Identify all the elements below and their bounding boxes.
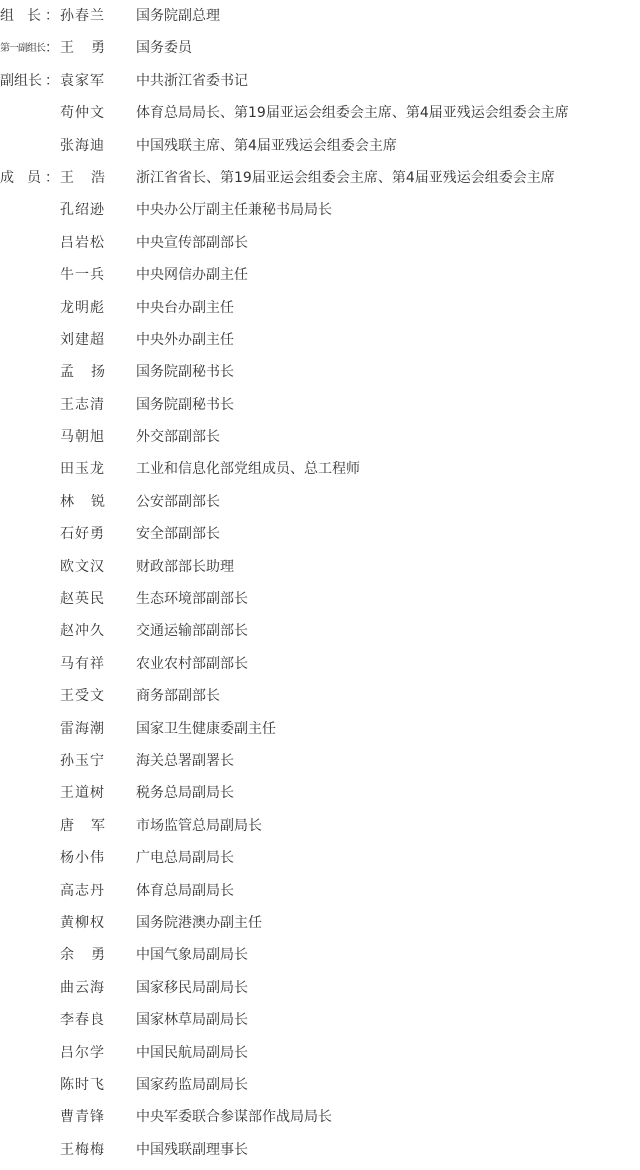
role-colon: ：	[45, 37, 59, 59]
member-title: 国务委员	[136, 37, 192, 59]
roster-row: 余勇中国气象局副局长	[0, 944, 640, 976]
roster-row: 王梅梅中国残联副理事长	[0, 1139, 640, 1170]
roster-row: 马有祥农业农村部副部长	[0, 653, 640, 685]
member-name: 王道树	[60, 782, 120, 804]
roster-row: 龙明彪中央台办副主任	[0, 297, 640, 329]
roster-row: 组长 ： 孙春兰 国务院副总理	[0, 5, 640, 37]
roster-row: 王志清国务院副秘书长	[0, 394, 640, 426]
member-name: 孔绍逊	[60, 199, 120, 221]
member-title: 体育总局副局长	[136, 880, 234, 902]
roster-row: 王受文商务部副部长	[0, 685, 640, 717]
member-name: 田玉龙	[60, 458, 120, 480]
member-title: 海关总署副署长	[136, 750, 234, 772]
member-title: 中央台办副主任	[136, 297, 234, 319]
role-colon: ：	[45, 70, 59, 92]
member-title: 广电总局副局长	[136, 847, 234, 869]
roster-row: 黄柳权国务院港澳办副主任	[0, 912, 640, 944]
member-name: 牛一兵	[60, 264, 120, 286]
member-name: 李春良	[60, 1009, 120, 1031]
member-name: 吕岩松	[60, 232, 120, 254]
roster-row: 吕尔学中国民航局副局长	[0, 1042, 640, 1074]
member-name: 唐军	[60, 815, 120, 837]
roster-row: 杨小伟广电总局副局长	[0, 847, 640, 879]
roster-row: 雷海潮国家卫生健康委副主任	[0, 718, 640, 750]
member-title: 中央外办副主任	[136, 329, 234, 351]
member-name: 林锐	[60, 491, 120, 513]
member-title: 中国民航局副局长	[136, 1042, 248, 1064]
member-name: 王浩	[60, 167, 120, 189]
member-name: 曹青锋	[60, 1106, 120, 1128]
member-title: 中国气象局副局长	[136, 944, 248, 966]
roster-row: 成员 ： 王浩 浙江省省长、第19届亚运会组委会主席、第4届亚残运会组委会主席	[0, 167, 640, 199]
member-title: 国务院副总理	[136, 5, 220, 27]
member-roster: 组长 ： 孙春兰 国务院副总理 第一副组长 ： 王勇 国务委员 副组长 ： 袁家…	[0, 0, 640, 1170]
member-title: 工业和信息化部党组成员、总工程师	[136, 458, 360, 480]
member-title: 农业农村部副部长	[136, 653, 248, 675]
member-name: 袁家军	[60, 70, 120, 92]
roster-row: 石好勇安全部副部长	[0, 523, 640, 555]
member-name: 孙玉宁	[60, 750, 120, 772]
role-colon: ：	[45, 5, 59, 27]
member-name: 孙春兰	[60, 5, 120, 27]
member-title: 中央办公厅副主任兼秘书局局长	[136, 199, 332, 221]
roster-row: 欧文汉财政部部长助理	[0, 556, 640, 588]
member-title: 中国残联主席、第4届亚残运会组委会主席	[136, 135, 397, 157]
member-name: 马朝旭	[60, 426, 120, 448]
member-name: 余勇	[60, 944, 120, 966]
roster-row: 刘建超中央外办副主任	[0, 329, 640, 361]
member-name: 刘建超	[60, 329, 120, 351]
roster-row: 副组长 ： 袁家军 中共浙江省委书记	[0, 70, 640, 102]
roster-row: 高志丹体育总局副局长	[0, 880, 640, 912]
member-name: 陈时飞	[60, 1074, 120, 1096]
roster-row: 孙玉宁海关总署副署长	[0, 750, 640, 782]
member-title: 国家卫生健康委副主任	[136, 718, 276, 740]
member-name: 欧文汉	[60, 556, 120, 578]
member-title: 中国残联副理事长	[136, 1139, 248, 1161]
member-name: 王受文	[60, 685, 120, 707]
member-name: 高志丹	[60, 880, 120, 902]
member-name: 王勇	[60, 37, 120, 59]
member-title: 中共浙江省委书记	[136, 70, 248, 92]
member-title: 体育总局局长、第19届亚运会组委会主席、第4届亚残运会组委会主席	[136, 102, 569, 124]
roster-row: 赵英民生态环境部副部长	[0, 588, 640, 620]
roster-row: 曲云海国家移民局副局长	[0, 977, 640, 1009]
roster-row: 孔绍逊中央办公厅副主任兼秘书局局长	[0, 199, 640, 231]
member-title: 财政部部长助理	[136, 556, 234, 578]
roster-row: 张海迪 中国残联主席、第4届亚残运会组委会主席	[0, 135, 640, 167]
roster-row: 林锐公安部副部长	[0, 491, 640, 523]
member-name: 石好勇	[60, 523, 120, 545]
role-colon: ：	[45, 167, 59, 189]
member-title: 交通运输部副部长	[136, 620, 248, 642]
member-name: 张海迪	[60, 135, 120, 157]
member-title: 国务院副秘书长	[136, 394, 234, 416]
member-title: 商务部副部长	[136, 685, 220, 707]
roster-row: 陈时飞国家药监局副局长	[0, 1074, 640, 1106]
roster-row: 王道树税务总局副局长	[0, 782, 640, 814]
member-title: 中央军委联合参谋部作战局局长	[136, 1106, 332, 1128]
member-title: 安全部副部长	[136, 523, 220, 545]
member-name: 曲云海	[60, 977, 120, 999]
roster-row: 孟扬国务院副秘书长	[0, 361, 640, 393]
member-title: 中央宣传部副部长	[136, 232, 248, 254]
member-name: 黄柳权	[60, 912, 120, 934]
member-title: 外交部副部长	[136, 426, 220, 448]
roster-row: 牛一兵中央网信办副主任	[0, 264, 640, 296]
member-title: 生态环境部副部长	[136, 588, 248, 610]
member-title: 国家林草局副局长	[136, 1009, 248, 1031]
member-title: 国家药监局副局长	[136, 1074, 248, 1096]
roster-row: 田玉龙工业和信息化部党组成员、总工程师	[0, 458, 640, 490]
member-title: 市场监管总局副局长	[136, 815, 262, 837]
member-name: 王梅梅	[60, 1139, 120, 1161]
member-title: 国家移民局副局长	[136, 977, 248, 999]
member-name: 马有祥	[60, 653, 120, 675]
member-title: 国务院港澳办副主任	[136, 912, 262, 934]
roster-row: 第一副组长 ： 王勇 国务委员	[0, 37, 640, 69]
member-title: 浙江省省长、第19届亚运会组委会主席、第4届亚残运会组委会主席	[136, 167, 555, 189]
roster-row: 吕岩松中央宣传部副部长	[0, 232, 640, 264]
member-name: 赵冲久	[60, 620, 120, 642]
member-title: 国务院副秘书长	[136, 361, 234, 383]
roster-row: 马朝旭外交部副部长	[0, 426, 640, 458]
member-title: 公安部副部长	[136, 491, 220, 513]
member-title: 中央网信办副主任	[136, 264, 248, 286]
member-name: 雷海潮	[60, 718, 120, 740]
roster-row: 李春良国家林草局副局长	[0, 1009, 640, 1041]
member-name: 赵英民	[60, 588, 120, 610]
roster-row: 苟仲文 体育总局局长、第19届亚运会组委会主席、第4届亚残运会组委会主席	[0, 102, 640, 134]
roster-row: 唐军市场监管总局副局长	[0, 815, 640, 847]
member-name: 孟扬	[60, 361, 120, 383]
member-name: 龙明彪	[60, 297, 120, 319]
member-title: 税务总局副局长	[136, 782, 234, 804]
roster-row: 曹青锋中央军委联合参谋部作战局局长	[0, 1106, 640, 1138]
roster-row: 赵冲久交通运输部副部长	[0, 620, 640, 652]
member-name: 吕尔学	[60, 1042, 120, 1064]
member-name: 杨小伟	[60, 847, 120, 869]
member-name: 王志清	[60, 394, 120, 416]
member-name: 苟仲文	[60, 102, 120, 124]
